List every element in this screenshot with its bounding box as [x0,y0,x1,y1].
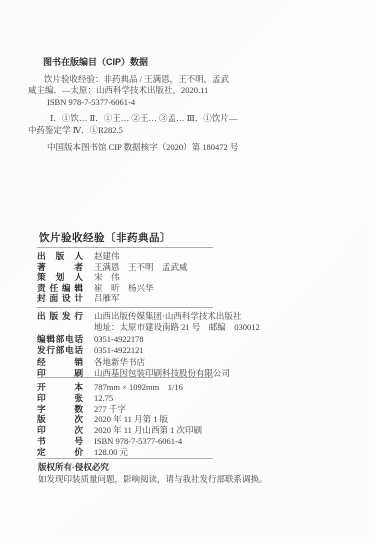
credit-row: 封面设计吕雁军 [37,293,357,304]
divider [37,458,213,459]
spec-label: 印张 [37,393,83,404]
divider [37,247,213,248]
spec-label: 定价 [37,447,83,458]
credits-block: 出版人赵建伟 著者王满恩 王不明 孟武威 策划人宋 伟 责任编辑崔 昕 杨兴华 … [37,251,357,304]
spec-row: 定价128.00 元 [37,447,357,458]
spec-value: 787mm × 1092mm 1/16 [94,382,183,392]
credit-label: 出版人 [37,251,83,262]
credit-row: 出版人赵建伟 [37,251,357,262]
price-value: 128.00 元 [94,447,128,457]
spec-label: 开本 [37,382,83,393]
quality-notice: 如发现印装质量问题，影响阅读，请与我社发行部联系调换。 [38,473,268,485]
publishing-value: 各地新华书店 [94,357,145,367]
cip-entry-line2: 威主编．—太原：山西科学技术出版社，2020.11 [28,85,348,97]
credit-value: 宋 伟 [94,272,120,282]
cip-record-number: 中国版本图书馆 CIP 数据核字（2020）第 180472 号 [28,142,348,154]
publishing-row: 出版发行山西出版传媒集团·山西科学技术出版社 [37,311,357,322]
divider [37,307,213,308]
publishing-label: 发行部电话 [37,345,83,356]
publishing-row: 编辑部电话0351-4922178 [37,334,357,345]
credit-value: 崔 昕 杨兴华 [94,283,154,293]
cip-entry-line1: 饮片验收经验：非药典品 / 王满恩，王不明，孟武 [28,74,348,86]
divider [37,377,213,378]
specs-block: 开本787mm × 1092mm 1/16 印张12.75 字数277 千字 版… [37,382,357,458]
publisher-address: 地址：太原市建设南路 21 号 邮编 030012 [94,322,260,332]
credit-row: 著者王满恩 王不明 孟武威 [37,262,357,273]
footer-notices: 版权所有·侵权必究 如发现印装质量问题，影响阅读，请与我社发行部联系调换。 [38,461,268,485]
credit-value: 吕雁军 [94,293,120,303]
publishing-block: 出版发行山西出版传媒集团·山西科学技术出版社 地址：太原市建设南路 21 号 邮… [37,311,357,379]
spec-row: 开本787mm × 1092mm 1/16 [37,382,357,393]
spec-row: 书号ISBN 978-7-5377-6061-4 [37,436,357,447]
cip-block: 图书在版编目（CIP）数据 饮片验收经验：非药典品 / 王满恩，王不明，孟武 威… [28,57,348,154]
spec-row: 版次2020 年 11 月第 1 版 [37,414,357,425]
credit-row: 责任编辑崔 昕 杨兴华 [37,283,357,294]
cip-classification-line2: 中药鉴定学 Ⅳ．①R282.5 [28,125,348,137]
colophon-page: 图书在版编目（CIP）数据 饮片验收经验：非药典品 / 王满恩，王不明，孟武 威… [0,0,375,543]
publishing-label: 编辑部电话 [37,334,83,345]
publishing-row: 发行部电话0351-4922121 [37,345,357,356]
spec-label: 印次 [37,425,83,436]
credit-value: 王满恩 王不明 孟武威 [94,262,188,272]
spec-value: 277 千字 [94,404,126,414]
credit-label: 责任编辑 [37,283,83,294]
publishing-label: 经销 [37,357,83,368]
credit-label: 封面设计 [37,293,83,304]
publishing-row: 经销各地新华书店 [37,357,357,368]
spec-row: 印张12.75 [37,393,357,404]
publishing-value: 山西出版传媒集团·山西科学技术出版社 [94,311,241,321]
spec-row: 印次2020 年 11 月山西第 1 次印刷 [37,425,357,436]
spec-value: 2020 年 11 月第 1 版 [94,414,168,424]
cip-isbn: ISBN 978-7-5377-6061-4 [28,97,348,109]
spec-label: 版次 [37,414,83,425]
editorial-phone: 0351-4922178 [94,334,144,344]
cip-header: 图书在版编目（CIP）数据 [28,57,348,69]
copyright-notice: 版权所有·侵权必究 [38,461,268,473]
cip-classification-line1: Ⅰ．①饮… Ⅱ．①王… ②王… ③孟… Ⅲ．①饮片— [28,113,348,125]
publishing-row: 地址：太原市建设南路 21 号 邮编 030012 [37,322,357,333]
book-title: 饮片验收经验〔非药典品〕 [39,230,171,245]
spec-label: 字数 [37,404,83,415]
credit-label: 策划人 [37,272,83,283]
publishing-label: 出版发行 [37,311,83,322]
credit-value: 赵建伟 [94,251,120,261]
book-isbn: ISBN 978-7-5377-6061-4 [94,436,182,446]
credit-label: 著者 [37,262,83,273]
distribution-phone: 0351-4922121 [94,345,144,355]
spec-row: 字数277 千字 [37,404,357,415]
spec-value: 12.75 [94,393,113,403]
spec-label: 书号 [37,436,83,447]
spec-value: 2020 年 11 月山西第 1 次印刷 [94,425,202,435]
credit-row: 策划人宋 伟 [37,272,357,283]
